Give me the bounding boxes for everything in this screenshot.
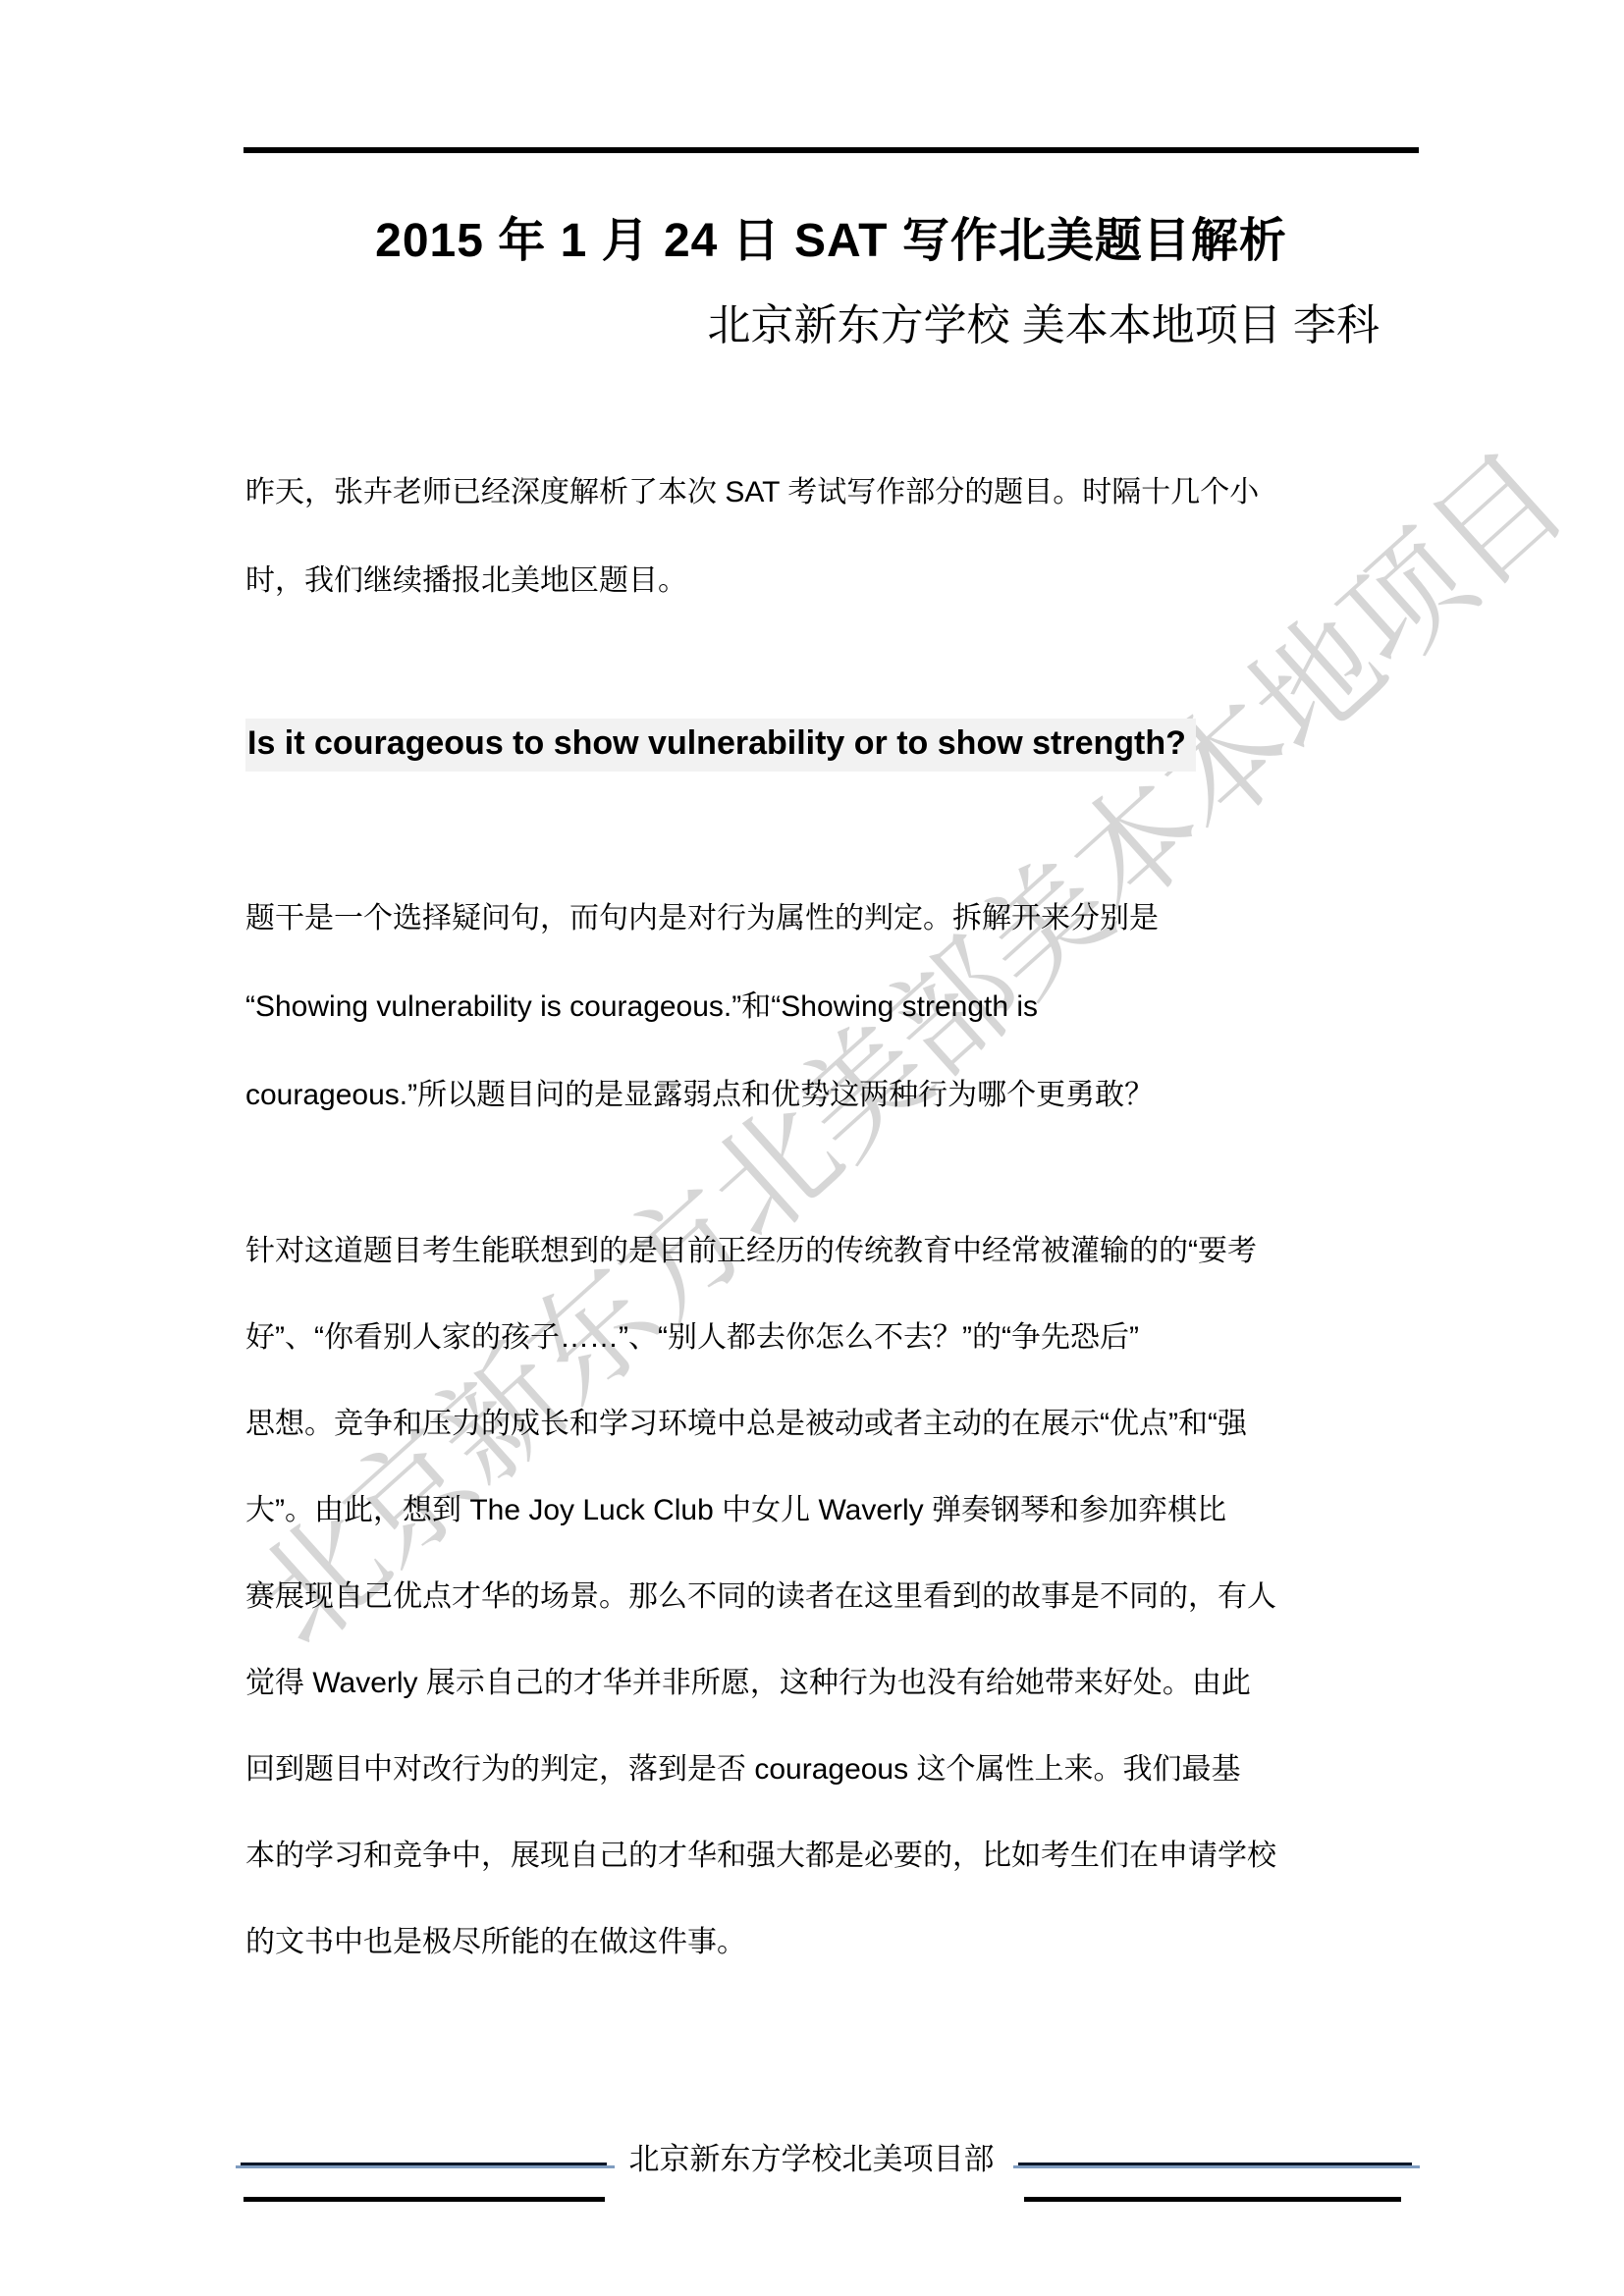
text-line: 回到题目中对改行为的判定，落到是否 courageous 这个属性上来。我们最基 bbox=[245, 1727, 1434, 1813]
document-byline: 北京新东方学校 美本本地项目 李科 bbox=[244, 290, 1380, 352]
text-line: 思想。竞争和压力的成长和学习环境中总是被动或者主动的在展示“优点”和“强 bbox=[245, 1381, 1434, 1468]
text-line: 题干是一个选择疑问句，而句内是对行为属性的判定。拆解开来分别是 bbox=[245, 875, 1434, 963]
essay-prompt-text: Is it courageous to show vulnerability o… bbox=[245, 719, 1196, 772]
footer-rule-bottom-right bbox=[1024, 2197, 1401, 2202]
document-title: 2015 年 1 月 24 日 SAT 写作北美题目解析 bbox=[244, 202, 1419, 270]
paragraph-discussion: 针对这道题目考生能联想到的是目前正经历的传统教育中经常被灌输的的“要考好”、“你… bbox=[245, 1208, 1434, 1986]
paragraph-intro: 昨天，张卉老师已经深度解析了本次 SAT 考试写作部分的题目。时隔十几个小时，我… bbox=[245, 449, 1434, 625]
paragraph-prompt-analysis: 题干是一个选择疑问句，而句内是对行为属性的判定。拆解开来分别是“Showing … bbox=[245, 875, 1434, 1140]
text-line: 昨天，张卉老师已经深度解析了本次 SAT 考试写作部分的题目。时隔十几个小 bbox=[245, 449, 1434, 537]
text-line: 觉得 Waverly 展示自己的才华并非所愿，这种行为也没有给她带来好处。由此 bbox=[245, 1640, 1434, 1727]
text-line: 的文书中也是极尽所能的在做这件事。 bbox=[245, 1899, 1434, 1986]
text-line: 赛展现自己优点才华的场景。那么不同的读者在这里看到的故事是不同的，有人 bbox=[245, 1554, 1434, 1640]
document-page: 北京新东方北美部美本本地项目 2015 年 1 月 24 日 SAT 写作北美题… bbox=[0, 0, 1624, 2296]
footer-rule-bottom-left bbox=[244, 2197, 605, 2202]
text-line: “Showing vulnerability is courageous.”和“… bbox=[245, 963, 1434, 1051]
text-line: 针对这道题目考生能联想到的是目前正经历的传统教育中经常被灌输的的“要考 bbox=[245, 1208, 1434, 1295]
header-rule bbox=[244, 147, 1419, 153]
footer-department-label: 北京新东方学校北美项目部 bbox=[244, 2140, 1380, 2179]
essay-prompt: Is it courageous to show vulnerability o… bbox=[245, 704, 1434, 782]
text-line: courageous.”所以题目问的是显露弱点和优势这两种行为哪个更勇敢？ bbox=[245, 1051, 1434, 1140]
page-content: 2015 年 1 月 24 日 SAT 写作北美题目解析 北京新东方学校 美本本… bbox=[0, 0, 1624, 2296]
text-line: 好”、“你看别人家的孩子……”、“别人都去你怎么不去？”的“争先恐后” bbox=[245, 1295, 1434, 1381]
text-line: 本的学习和竞争中，展现自己的才华和强大都是必要的，比如考生们在申请学校 bbox=[245, 1813, 1434, 1899]
text-line: 大”。由此，想到 The Joy Luck Club 中女儿 Waverly 弹… bbox=[245, 1468, 1434, 1554]
text-line: 时，我们继续播报北美地区题目。 bbox=[245, 537, 1434, 625]
